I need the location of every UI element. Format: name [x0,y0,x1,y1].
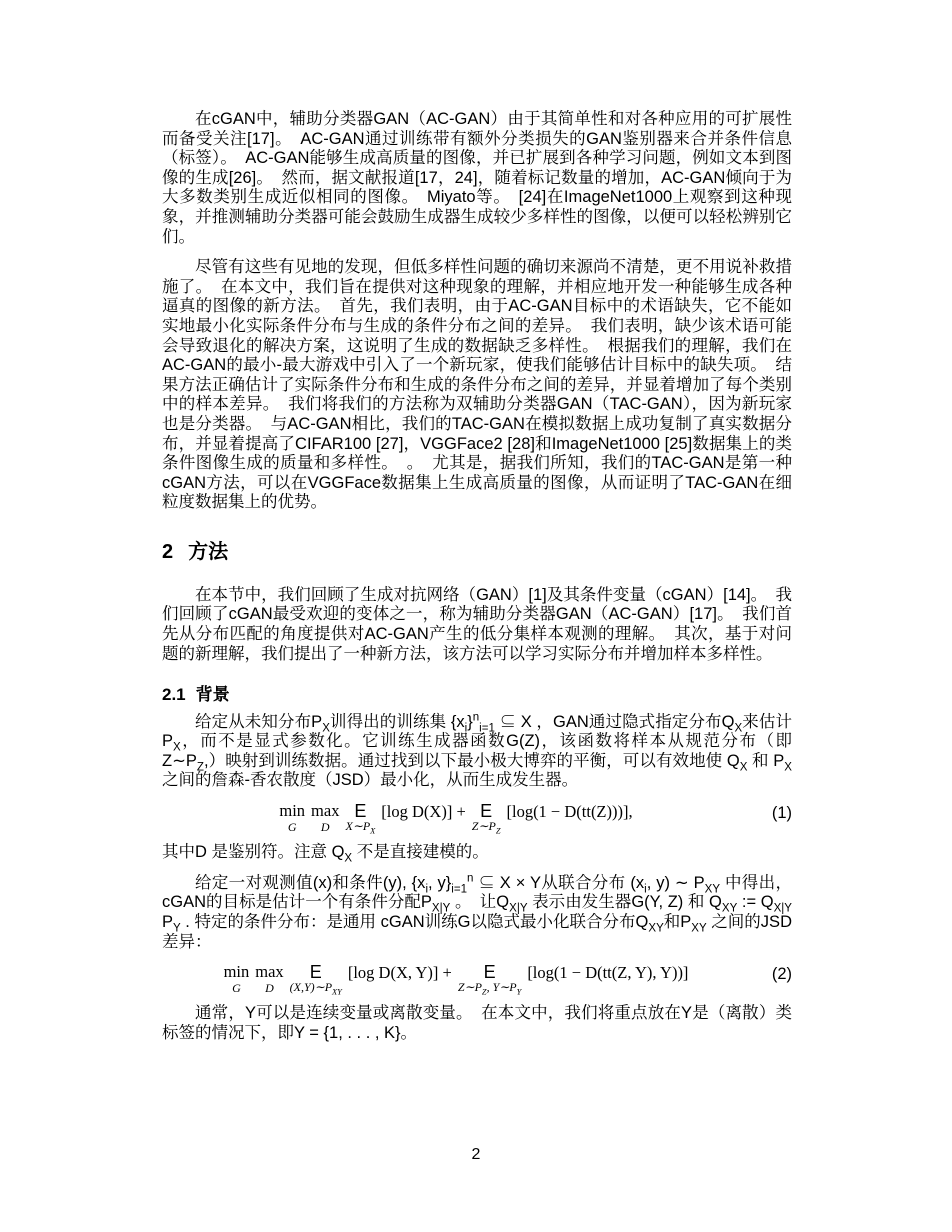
expectation-1-subscript: (X,Y)∼PXY [290,981,342,994]
expectation-2-subscript: Z∼PZ [472,820,501,833]
equation-2-term-1: [log D(X, Y)] + [348,963,452,983]
expectation-symbol: E [480,802,492,820]
expectation-symbol: E [354,802,366,820]
max-operator: max D [311,802,339,834]
subsection-number: 2.1 [162,685,186,704]
equation-1-term-1: [log D(X)] + [381,802,465,822]
page-content: 在cGAN中，辅助分类器GAN（AC-GAN）由于其简单性和对各种应用的可扩展性… [162,110,792,1054]
paragraph-label-focus: 通常，Y可以是连续变量或离散变量。 在本文中，我们将重点放在Y是（离散）类标签的… [162,1004,792,1043]
paragraph-contributions: 尽管有这些有见地的发现，但低多样性问题的确切来源尚不清楚，更不用说补救措施了。 … [162,258,792,513]
subsection-title: 背景 [196,685,230,704]
max-operator-name: max [311,802,339,821]
equation-1-term-2: [log(1 − D(tt(Z)))], [506,802,632,822]
equation-2-term-2: [log(1 − D(tt(Z, Y), Y))] [527,963,688,983]
section-title: 方法 [188,541,228,563]
paragraph-gan-setup: 给定从未知分布PX训得出的训练集 {xi}ni=1 ⊆ X ，GAN通过隐式指定… [162,713,792,791]
paragraph-acgan-intro: 在cGAN中，辅助分类器GAN（AC-GAN）由于其简单性和对各种应用的可扩展性… [162,110,792,247]
expectation-1: E X∼PX [345,802,375,833]
equation-2: min G max D E (X,Y)∼PXY [log D(X, Y)] + … [162,963,792,995]
equation-2-number: (2) [750,963,792,985]
expectation-symbol: E [310,963,322,981]
min-operator-name: min [224,963,250,982]
paragraph-discriminator-note: 其中D 是鉴别符。注意 QX 不是直接建模的。 [162,843,792,863]
expectation-symbol: E [484,963,496,981]
equation-1-number: (1) [750,802,792,824]
expectation-2: E Z∼PZ [472,802,501,833]
min-operator: min G [224,963,250,995]
max-operator-subscript: D [321,821,330,834]
max-operator-name: max [255,963,283,982]
paragraph-cgan-setup: 给定一对观测值(x)和条件(y), {xi, y}i=1n ⊆ X × Y从联合… [162,874,792,952]
paragraph-method-overview: 在本节中，我们回顾了生成对抗网络（GAN）[1]及其条件变量（cGAN）[14]… [162,586,792,664]
min-operator-subscript: G [232,982,241,995]
paper-page: 在cGAN中，辅助分类器GAN（AC-GAN）由于其简单性和对各种应用的可扩展性… [0,0,952,1232]
subsection-heading-background: 2.1背景 [162,685,792,705]
expectation-2-subscript: Z∼PZ, Y∼PY [458,981,521,994]
min-operator-name: min [279,802,305,821]
min-operator: min G [279,802,305,834]
expectation-2: E Z∼PZ, Y∼PY [458,963,521,994]
max-operator: max D [255,963,283,995]
equation-2-body: min G max D E (X,Y)∼PXY [log D(X, Y)] + … [162,963,750,995]
equation-1: min G max D E X∼PX [log D(X)] + E Z∼PZ [… [162,802,792,834]
section-heading-method: 2方法 [162,540,792,564]
expectation-1-subscript: X∼PX [345,820,375,833]
max-operator-subscript: D [265,982,274,995]
equation-1-body: min G max D E X∼PX [log D(X)] + E Z∼PZ [… [162,802,750,834]
min-operator-subscript: G [288,821,297,834]
page-number: 2 [0,1146,952,1164]
expectation-1: E (X,Y)∼PXY [290,963,342,994]
section-number: 2 [162,541,173,563]
